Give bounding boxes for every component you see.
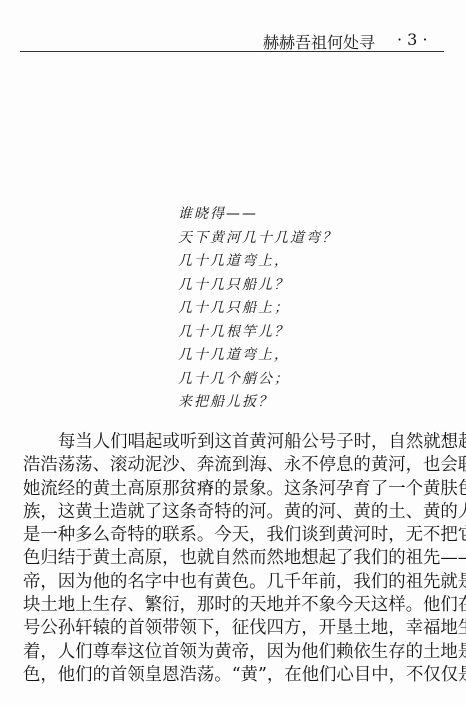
paragraph-line: 色，他们的首领皇恩浩荡。“黄”，在他们心目中，不仅仅是一种 (23, 664, 448, 687)
poem-line: 来把船儿扳？ (178, 391, 338, 415)
paragraph-line: 色归结于黄土高原，也就自然而然地想起了我们的祖先——黄 (23, 547, 448, 570)
poem-line: 谁晓得—— (178, 203, 338, 227)
running-title: 赫赫吾祖何处寻 (263, 30, 375, 53)
body-paragraph: 每当人们唱起或听到这首黄河船公号子时，自然就想起了那 浩浩荡荡、滚动泥沙、奔流到… (23, 431, 448, 687)
paragraph-line: 她流经的黄土高原那贫瘠的景象。这条河孕育了一个黄肤色的民 (23, 478, 448, 501)
page-header: 赫赫吾祖何处寻 · 3 · (0, 0, 466, 60)
poem-line: 几十几个艄公； (178, 368, 338, 392)
paragraph-line: 每当人们唱起或听到这首黄河船公号子时，自然就想起了那 (23, 431, 448, 454)
poem-line: 天下黄河几十几道弯？ (178, 227, 338, 251)
page-number: · 3 · (397, 30, 428, 49)
paragraph-line: 着，人们尊奉这位首领为黄帝，因为他们赖依生存的土地是黄 (23, 641, 448, 664)
paragraph-line: 块土地上生存、繁衍，那时的天地并不象今天这样。他们在一位 (23, 594, 448, 617)
poem-line: 几十几只船上； (178, 297, 338, 321)
paragraph-line: 族，这黄土造就了这条奇特的河。黄的河、黄的土、黄的人，这 (23, 501, 448, 524)
poem-line: 几十几道弯上， (178, 250, 338, 274)
poem-line: 几十几根竿儿？ (178, 321, 338, 345)
paragraph-line: 浩浩荡荡、滚动泥沙、奔流到海、永不停息的黄河，也会联想到 (23, 454, 448, 477)
poem-line: 几十几道弯上， (178, 344, 338, 368)
paragraph-line: 帝，因为他的名字中也有黄色。几千年前，我们的祖先就是在这 (23, 571, 448, 594)
poem-line: 几十几只船儿？ (178, 274, 338, 298)
paragraph-line: 是一种多么奇特的联系。今天，我们谈到黄河时，无不把它的黄 (23, 524, 448, 547)
poem-block: 谁晓得—— 天下黄河几十几道弯？ 几十几道弯上， 几十几只船儿？ 几十几只船上；… (178, 203, 338, 415)
header-rule (20, 51, 444, 52)
paragraph-line: 号公孙轩辕的首领带领下，征伐四方，开垦土地，幸福地生活 (23, 617, 448, 640)
